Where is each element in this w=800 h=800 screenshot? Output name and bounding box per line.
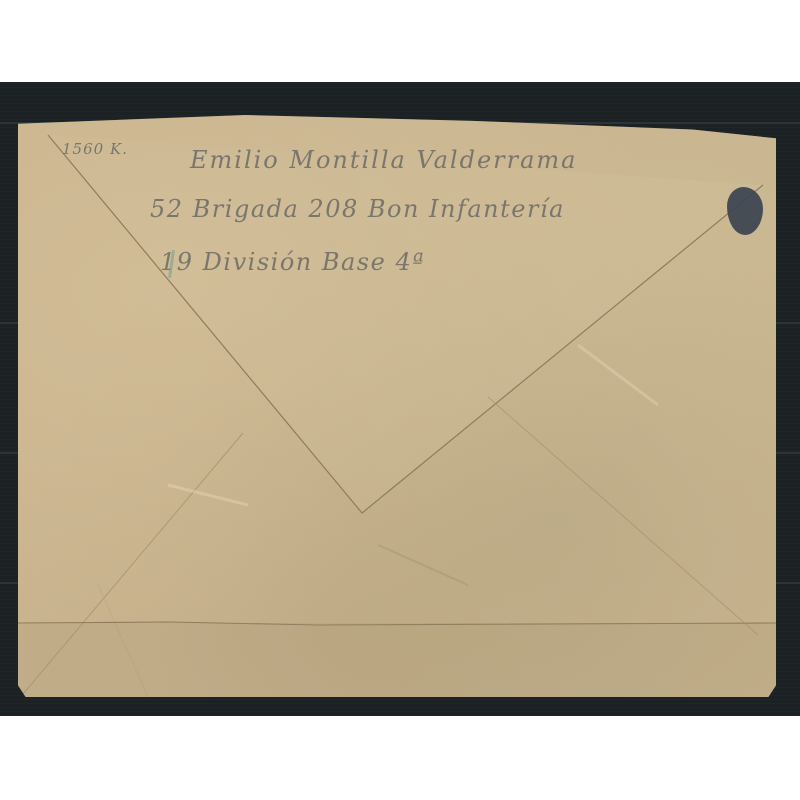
sender-name: Emilio Montilla Valderrama [190,146,577,174]
reference-annotation: 1560 K. [62,140,128,158]
sender-division: 19 División Base 4ª [160,248,425,276]
sender-unit: 52 Brigada 208 Bon Infantería [150,195,565,223]
